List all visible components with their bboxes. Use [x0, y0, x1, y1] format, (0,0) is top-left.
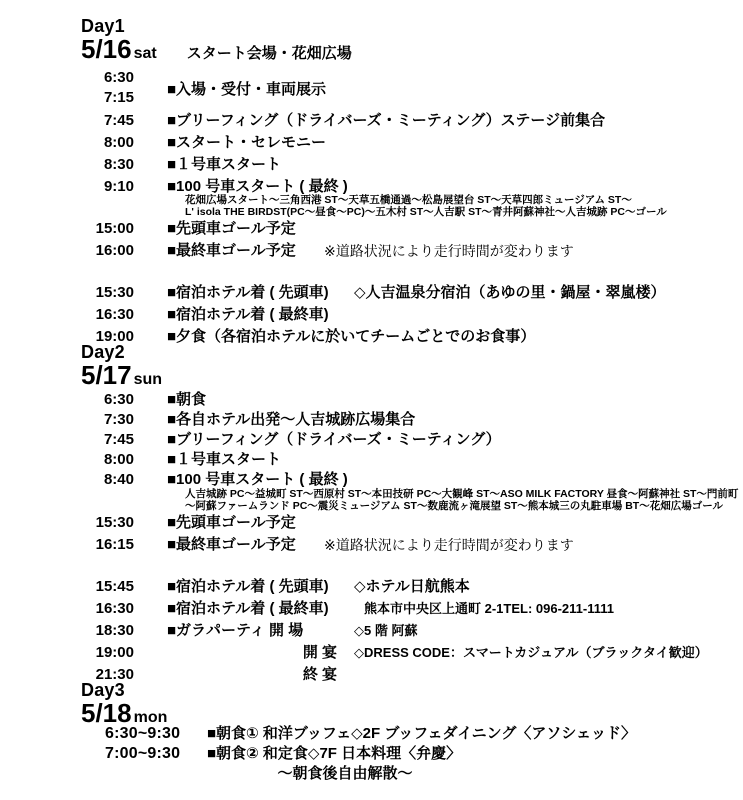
venue-title: スタート会場・花畑広場 — [187, 42, 352, 63]
schedule-row: 16:30 ■宿泊ホテル着 ( 最終車) 熊本市中央区上通町 2-1TEL: 0… — [0, 598, 743, 620]
annotation-text: ◇人吉温泉分宿泊（あゆの里・鍋屋・翠嵐楼） — [354, 282, 666, 304]
time-label: 15:00 — [0, 218, 134, 240]
time-label: 18:30 — [0, 620, 134, 642]
weekday-text: sat — [134, 45, 157, 63]
schedule-row: 15:00 ■先頭車ゴール予定 — [0, 218, 743, 240]
time-label: 16:00 — [0, 240, 134, 262]
time-label: 16:30 — [0, 304, 134, 326]
time-label: 16:15 — [0, 534, 134, 556]
date-text: 5/18 — [81, 700, 132, 726]
event-text: ■１号車スタート — [167, 154, 281, 176]
weekday-text: sun — [134, 371, 162, 389]
time-label: 8:40 — [0, 470, 134, 490]
road-note: ※道路状況により走行時間が変わります — [324, 534, 574, 556]
time-label: 6:30 7:15 — [0, 68, 134, 108]
time-label: 8:00 — [0, 132, 134, 154]
date-text: 5/17 — [81, 362, 132, 388]
time-label: 15:30 — [0, 282, 134, 304]
event-text: ■ブリーフィング（ドライバーズ・ミーティング）ステージ前集合 — [167, 110, 605, 132]
event-text: ■100 号車スタート ( 最終 ) — [167, 470, 348, 490]
schedule-row: 7:45 ■ブリーフィング（ドライバーズ・ミーティング）ステージ前集合 — [0, 110, 743, 132]
schedule-row: 15:45 ■宿泊ホテル着 ( 先頭車) ◇ホテル日航熊本 — [0, 576, 743, 598]
annotation-text: ◇DRESS CODE：スマートカジュアル（ブラックタイ歓迎） — [354, 642, 708, 664]
annotation-text: ◇ホテル日航熊本 — [354, 576, 470, 598]
event-text: ■朝食 — [167, 390, 206, 410]
time-label: 9:10 — [0, 176, 134, 198]
dismissal-note: ～朝食後自由解散～ — [0, 764, 690, 784]
hotel-address: 熊本市中央区上通町 2-1TEL: 096-211-1111 — [364, 598, 614, 620]
event-text: ■各自ホテル出発～人吉城跡広場集合 — [167, 410, 415, 430]
event-text: ■朝食② 和定食◇7F 日本料理〈弁慶〉 — [207, 744, 461, 764]
road-note: ※道路状況により走行時間が変わります — [324, 240, 574, 262]
time-label: 7:45 — [0, 430, 134, 450]
event-text: 終 宴 — [167, 664, 337, 686]
event-text: ■宿泊ホテル着 ( 先頭車) — [167, 576, 354, 598]
event-text: ■夕食（各宿泊ホテルに於いてチームごとでのお食事） — [167, 326, 535, 348]
schedule-row: 7:00~9:30 ■朝食② 和定食◇7F 日本料理〈弁慶〉 — [105, 744, 743, 764]
schedule-row: 7:30 ■各自ホテル出発～人吉城跡広場集合 — [0, 410, 743, 430]
event-text: ■ブリーフィング（ドライバーズ・ミーティング） — [167, 430, 501, 450]
day1-section: Day1 5/16 sat スタート会場・花畑広場 6:30 7:15 ■入場・… — [0, 16, 743, 348]
date-text: 5/16 — [81, 36, 132, 62]
event-text: ■入場・受付・車両展示 — [167, 78, 326, 99]
route-description: 人吉城跡 PC～益城町 ST～西原村 ST～本田技研 PC～大観峰 ST～ASO… — [185, 489, 743, 512]
schedule-row: 18:30 ■ガラパーティ 開 場 ◇5 階 阿蘇 — [0, 620, 743, 642]
event-text: ■先頭車ゴール予定 — [167, 218, 296, 240]
time-label: 6:30~9:30 — [105, 724, 203, 744]
event-text: ■宿泊ホテル着 ( 最終車) — [167, 598, 354, 620]
date-row: 5/18 mon — [81, 700, 743, 724]
route-description: 花畑広場スタート～三角西港 ST～天草五橋通過～松島展望台 ST～天草四郎ミュー… — [185, 195, 743, 218]
day3-section: Day3 5/18 mon 6:30~9:30 ■朝食① 和洋ブッフェ◇2F ブ… — [0, 680, 743, 784]
event-text: ■宿泊ホテル着 ( 先頭車) — [167, 282, 354, 304]
schedule-document: Day1 5/16 sat スタート会場・花畑広場 6:30 7:15 ■入場・… — [0, 0, 743, 800]
date-row: 5/16 sat スタート会場・花畑広場 — [81, 36, 743, 64]
time-label: 7:30 — [0, 410, 134, 430]
schedule-row: 8:40 ■100 号車スタート ( 最終 ) — [0, 470, 743, 490]
event-text: ■宿泊ホテル着 ( 最終車) — [167, 304, 329, 326]
schedule-row: 8:00 ■１号車スタート — [0, 450, 743, 470]
schedule-row: 6:30 ■朝食 — [0, 390, 743, 410]
schedule-row: 6:30~9:30 ■朝食① 和洋ブッフェ◇2F ブッフェダイニング〈アソシェッ… — [105, 724, 743, 744]
time-label: 8:30 — [0, 154, 134, 176]
day-label: Day1 — [81, 16, 743, 36]
schedule-row: 7:45 ■ブリーフィング（ドライバーズ・ミーティング） — [0, 430, 743, 450]
schedule-row: 16:15 ■最終車ゴール予定 ※道路状況により走行時間が変わります — [0, 534, 743, 556]
schedule-row: 6:30 7:15 ■入場・受付・車両展示 — [0, 68, 743, 108]
annotation-text: ◇5 階 阿蘇 — [354, 620, 417, 642]
event-text: ■ガラパーティ 開 場 — [167, 620, 354, 642]
event-text: ■先頭車ゴール予定 — [167, 512, 296, 534]
schedule-row: 8:00 ■スタート・セレモニー — [0, 132, 743, 154]
event-text: ■最終車ゴール予定 — [167, 534, 324, 556]
time-label: 15:45 — [0, 576, 134, 598]
time-label: 8:00 — [0, 450, 134, 470]
event-text: ■朝食① 和洋ブッフェ◇2F ブッフェダイニング〈アソシェッド〉 — [207, 724, 636, 744]
date-row: 5/17 sun — [81, 362, 743, 390]
time-label: 7:00~9:30 — [105, 744, 203, 764]
schedule-row: 16:00 ■最終車ゴール予定 ※道路状況により走行時間が変わります — [0, 240, 743, 262]
day2-section: Day2 5/17 sun 6:30 ■朝食 7:30 ■各自ホテル出発～人吉城… — [0, 342, 743, 686]
schedule-row: 15:30 ■先頭車ゴール予定 — [0, 512, 743, 534]
time-label: 7:45 — [0, 110, 134, 132]
time-label: 19:00 — [0, 642, 134, 664]
event-text: ■スタート・セレモニー — [167, 132, 326, 154]
time-label: 6:30 — [0, 390, 134, 410]
time-label: 15:30 — [0, 512, 134, 534]
schedule-row: 15:30 ■宿泊ホテル着 ( 先頭車) ◇人吉温泉分宿泊（あゆの里・鍋屋・翠嵐… — [0, 282, 743, 304]
event-text: ■最終車ゴール予定 — [167, 240, 324, 262]
schedule-row: 19:00 開 宴 ◇DRESS CODE：スマートカジュアル（ブラックタイ歓迎… — [0, 642, 743, 664]
time-label: 16:30 — [0, 598, 134, 620]
event-text: 開 宴 — [167, 642, 337, 664]
event-text: ■１号車スタート — [167, 450, 281, 470]
schedule-row: 8:30 ■１号車スタート — [0, 154, 743, 176]
schedule-row: 16:30 ■宿泊ホテル着 ( 最終車) — [0, 304, 743, 326]
